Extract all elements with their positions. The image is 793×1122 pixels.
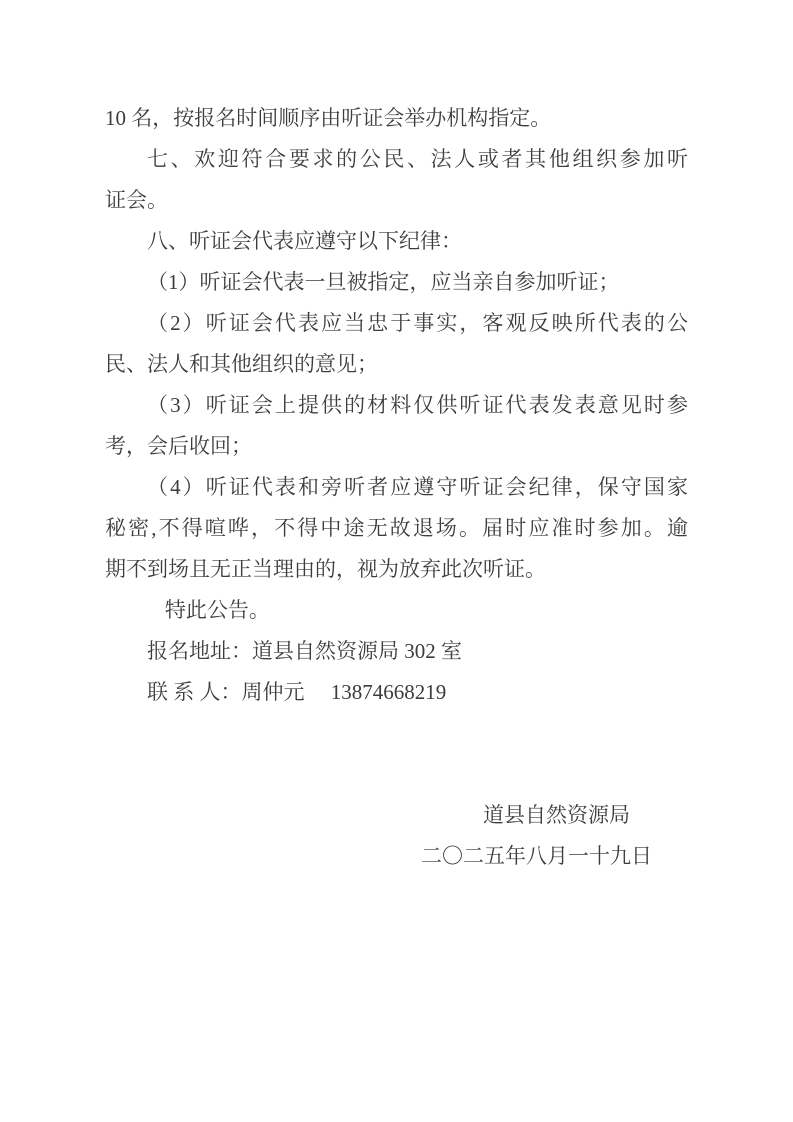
notice-line: （3）听证会上提供的材料仅供听证代表发表意见时参 xyxy=(105,385,688,426)
notice-line: 证会。 xyxy=(105,180,688,221)
notice-line: 特此公告。 xyxy=(105,590,688,631)
notice-line: 八、听证会代表应遵守以下纪律： xyxy=(105,221,688,262)
signature-org: 道县自然资源局 xyxy=(105,795,688,836)
notice-line: 期不到场且无正当理由的，视为放弃此次听证。 xyxy=(105,549,688,590)
notice-line: （2）听证会代表应当忠于事实，客观反映所代表的公 xyxy=(105,303,688,344)
notice-line: 报名地址：道县自然资源局 302 室 xyxy=(105,631,688,672)
notice-line: 秘密,不得喧哗，不得中途无故退场。届时应准时参加。逾 xyxy=(105,508,688,549)
notice-line: 联 系 人：周仲元 13874668219 xyxy=(105,672,688,713)
notice-line: （4）听证代表和旁听者应遵守听证会纪律，保守国家 xyxy=(105,467,688,508)
notice-body: 10 名，按报名时间顺序由听证会举办机构指定。七、欢迎符合要求的公民、法人或者其… xyxy=(105,98,688,713)
notice-line: 10 名，按报名时间顺序由听证会举办机构指定。 xyxy=(105,98,688,139)
notice-line: 民、法人和其他组织的意见； xyxy=(105,344,688,385)
notice-page: 10 名，按报名时间顺序由听证会举办机构指定。七、欢迎符合要求的公民、法人或者其… xyxy=(0,0,793,1122)
notice-line: 考，会后收回； xyxy=(105,426,688,467)
notice-line: （1）听证会代表一旦被指定，应当亲自参加听证； xyxy=(105,262,688,303)
signature-date: 二〇二五年八月一十九日 xyxy=(105,836,688,877)
notice-line: 七、欢迎符合要求的公民、法人或者其他组织参加听 xyxy=(105,139,688,180)
signature-block: 道县自然资源局 二〇二五年八月一十九日 xyxy=(105,795,688,877)
